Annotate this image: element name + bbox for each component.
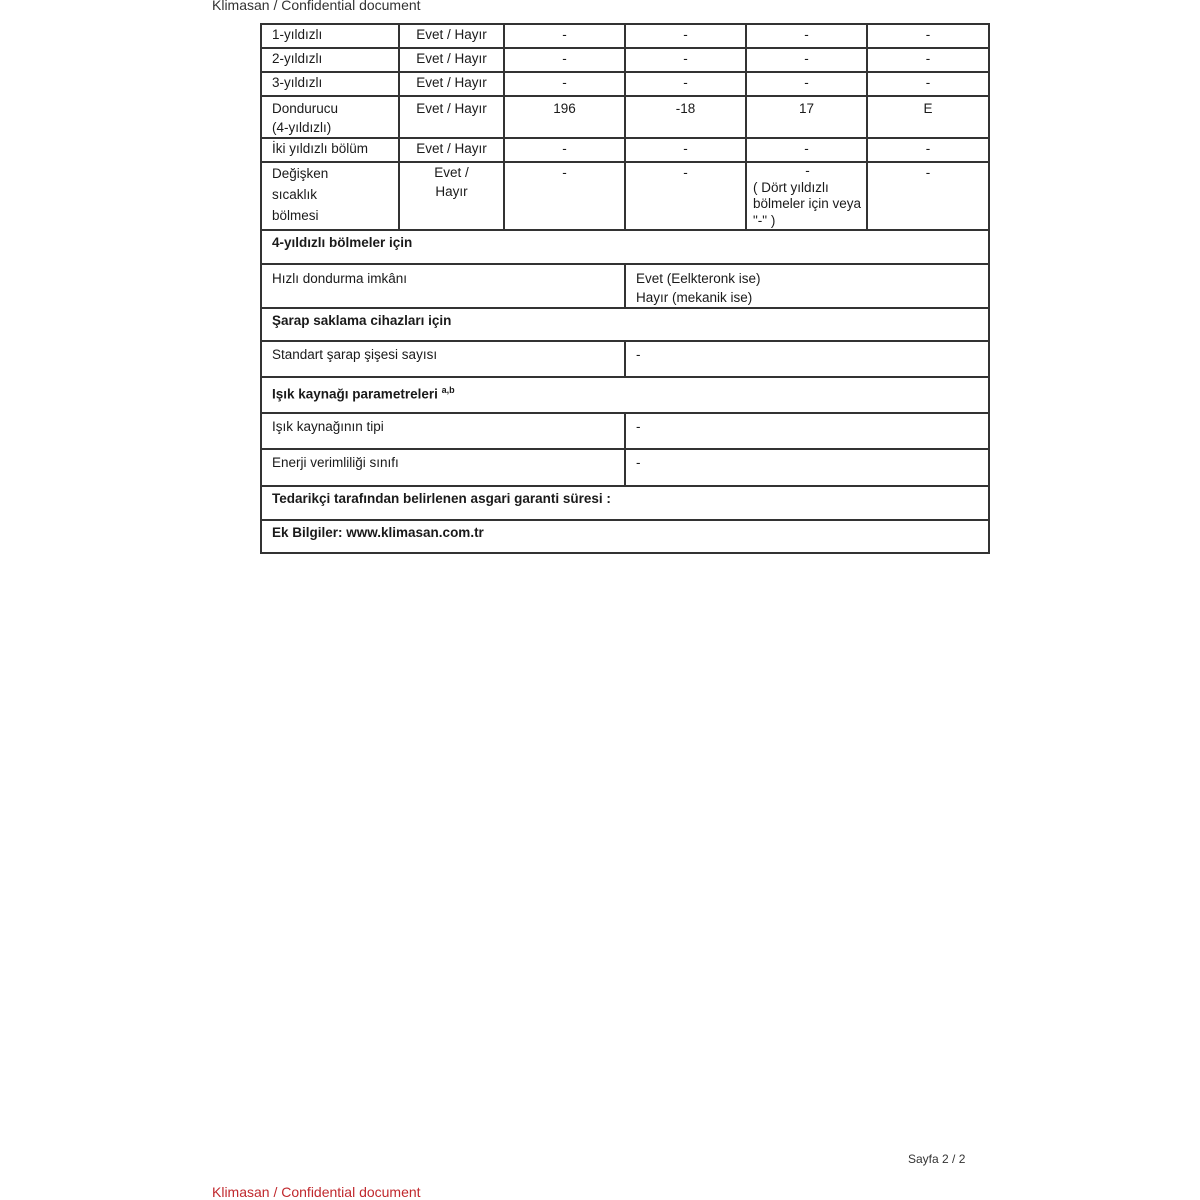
table-row: Standart şarap şişesi sayısı - [261, 341, 989, 377]
cell-value: - [867, 72, 989, 96]
warranty-row: Tedarikçi tarafından belirlenen asgari g… [261, 486, 989, 520]
compartment-name: Değişken sıcaklık bölmesi [261, 162, 399, 230]
cell-value: - [625, 138, 746, 162]
cell-value: -18 [625, 96, 746, 138]
compartment-name: Dondurucu (4-yıldızlı) [261, 96, 399, 138]
light-type-label: Işık kaynağının tipi [261, 413, 625, 449]
compartment-option: Evet / Hayır [399, 96, 504, 138]
cell-value: - ( Dört yıldızlı bölmeler için veya "-"… [746, 162, 867, 230]
table-row: Hızlı dondurma imkânı Evet (Eelkteronk i… [261, 264, 989, 308]
compartment-name: İki yıldızlı bölüm [261, 138, 399, 162]
cell-value: - [504, 24, 625, 48]
section-title: Işık kaynağı parametreleri a,b [261, 377, 989, 413]
option-line: Hayır [410, 182, 493, 201]
footnote-ref: a,b [442, 385, 455, 395]
cell-value: - [625, 162, 746, 230]
table-row: Dondurucu (4-yıldızlı) Evet / Hayır 196 … [261, 96, 989, 138]
section-header-wine: Şarap saklama cihazları için [261, 308, 989, 341]
cell-value: - [867, 48, 989, 72]
cell-value: - [504, 138, 625, 162]
cell-value: - [746, 138, 867, 162]
cell-value: - [867, 138, 989, 162]
value-line: "-" ) [753, 213, 862, 230]
compartment-option: Evet / Hayır [399, 48, 504, 72]
wine-bottles-label: Standart şarap şişesi sayısı [261, 341, 625, 377]
compartment-option: Evet / Hayır [399, 24, 504, 48]
compartment-option: Evet / Hayır [399, 162, 504, 230]
option-line: Evet / [410, 163, 493, 182]
page-number: Sayfa 2 / 2 [908, 1152, 965, 1166]
cell-value: - [504, 162, 625, 230]
table-row: 2-yıldızlı Evet / Hayır - - - - [261, 48, 989, 72]
section-header-light: Işık kaynağı parametreleri a,b [261, 377, 989, 413]
fast-freeze-label: Hızlı dondurma imkânı [261, 264, 625, 308]
light-type-value: - [625, 413, 989, 449]
table-row: Enerji verimliliği sınıfı - [261, 449, 989, 486]
cell-value: - [504, 72, 625, 96]
cell-value: 196 [504, 96, 625, 138]
compartment-option: Evet / Hayır [399, 138, 504, 162]
warranty-title: Tedarikçi tarafından belirlenen asgari g… [261, 486, 989, 520]
name-line: Dondurucu [272, 99, 388, 118]
table-row: Işık kaynağının tipi - [261, 413, 989, 449]
cell-value: - [746, 24, 867, 48]
compartment-name: 1-yıldızlı [261, 24, 399, 48]
value-line: Hayır (mekanik ise) [636, 288, 978, 307]
compartment-name: 2-yıldızlı [261, 48, 399, 72]
light-title: Işık kaynağı parametreleri [272, 387, 438, 402]
extra-info-row: Ek Bilgiler: www.klimasan.com.tr [261, 520, 989, 553]
fast-freeze-value: Evet (Eelkteronk ise) Hayır (mekanik ise… [625, 264, 989, 308]
table-row: 1-yıldızlı Evet / Hayır - - - - [261, 24, 989, 48]
value-line: - [753, 163, 862, 180]
spec-table: 1-yıldızlı Evet / Hayır - - - - 2-yıldız… [260, 23, 990, 554]
table-row: İki yıldızlı bölüm Evet / Hayır - - - - [261, 138, 989, 162]
cell-value: - [746, 72, 867, 96]
name-line: (4-yıldızlı) [272, 118, 388, 137]
energy-class-value: - [625, 449, 989, 486]
cell-value: - [625, 72, 746, 96]
name-line: bölmesi [272, 205, 388, 226]
table-row: 3-yıldızlı Evet / Hayır - - - - [261, 72, 989, 96]
compartment-name: 3-yıldızlı [261, 72, 399, 96]
energy-class-label: Enerji verimliliği sınıfı [261, 449, 625, 486]
value-line: ( Dört yıldızlı [753, 180, 862, 197]
cell-value: - [625, 24, 746, 48]
wine-bottles-value: - [625, 341, 989, 377]
cell-value: - [625, 48, 746, 72]
cell-value: E [867, 96, 989, 138]
value-line: Evet (Eelkteronk ise) [636, 269, 978, 288]
cell-value: - [867, 162, 989, 230]
cell-value: - [746, 48, 867, 72]
cell-value: - [504, 48, 625, 72]
footer-confidential: Klimasan / Confidential document [212, 1184, 421, 1200]
section-title: Şarap saklama cihazları için [261, 308, 989, 341]
table-row: Değişken sıcaklık bölmesi Evet / Hayır -… [261, 162, 989, 230]
name-line: sıcaklık [272, 184, 388, 205]
cell-value: - [867, 24, 989, 48]
compartment-option: Evet / Hayır [399, 72, 504, 96]
header-confidential: Klimasan / Confidential document [212, 0, 421, 13]
section-header-four-star: 4-yıldızlı bölmeler için [261, 230, 989, 264]
extra-info: Ek Bilgiler: www.klimasan.com.tr [261, 520, 989, 553]
section-title: 4-yıldızlı bölmeler için [261, 230, 989, 264]
cell-value: 17 [746, 96, 867, 138]
value-line: bölmeler için veya [753, 196, 862, 213]
name-line: Değişken [272, 163, 388, 184]
